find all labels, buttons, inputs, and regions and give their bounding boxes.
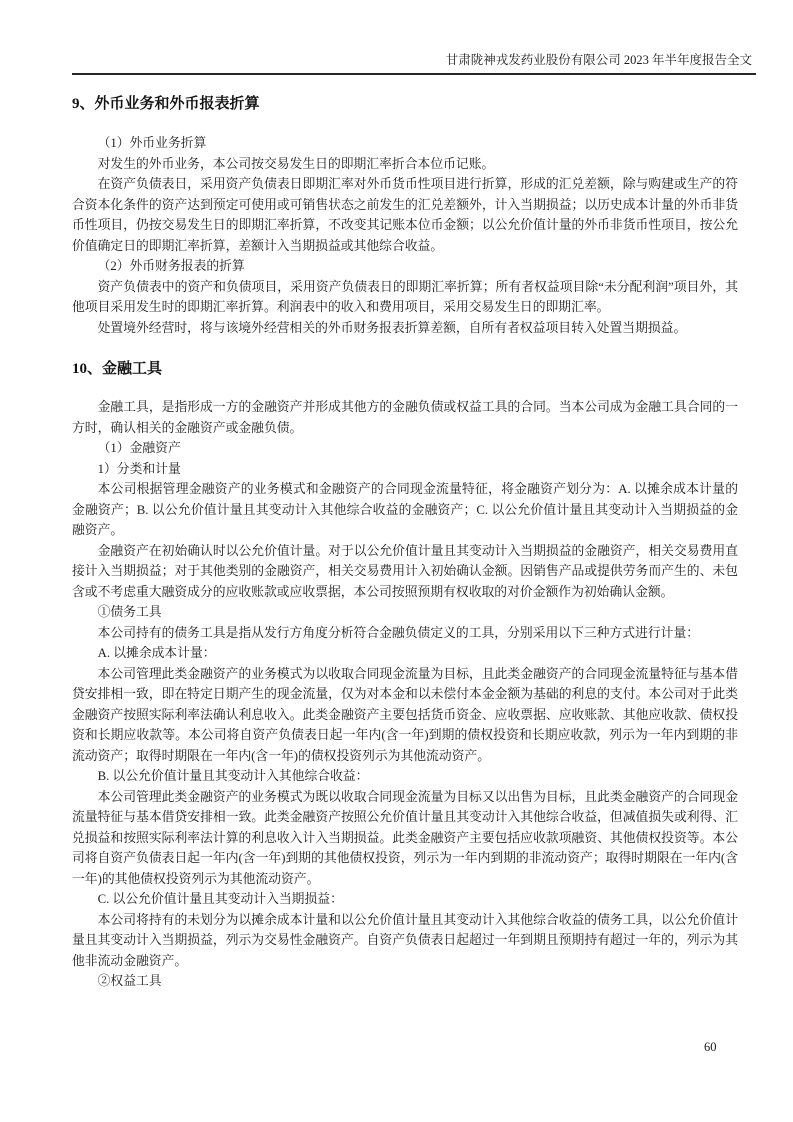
paragraph: ②权益工具 [72,971,738,992]
paragraph: 对发生的外币业务，本公司按交易发生日的即期汇率折合本位币记账。 [72,154,738,175]
paragraph: （2）外币财务报表的折算 [72,256,738,277]
page-number: 60 [704,1040,717,1054]
paragraph: A. 以摊余成本计量： [72,643,738,664]
paragraph: 本公司管理此类金融资产的业务模式为以收取合同现金流量为目标，且此类金融资产的合同… [72,664,738,767]
paragraph: 本公司将持有的未划分为以摊余成本计量和以公允价值计量且其变动计入其他综合收益的债… [72,910,738,972]
paragraph: 本公司根据管理金融资产的业务模式和金融资产的合同现金流量特征，将金融资产划分为：… [72,479,738,541]
paragraph: 处置境外经营时，将与该境外经营相关的外币财务报表折算差额，自所有者权益项目转入处… [72,318,738,339]
paragraph: （1）外币业务折算 [72,133,738,154]
paragraph: ①债务工具 [72,602,738,623]
paragraph: （1）金融资产 [72,438,738,459]
section-10-heading: 10、金融工具 [72,359,738,379]
report-page: 甘肃陇神戎发药业股份有限公司 2023 年半年度报告全文 9、外币业务和外币报表… [0,0,793,1122]
section-9-heading: 9、外币业务和外币报表折算 [72,94,738,114]
paragraph: 资产负债表中的资产和负债项目，采用资产负债表日的即期汇率折算；所有者权益项目除“… [72,277,738,318]
paragraph: 1）分类和计量 [72,459,738,480]
paragraph: 在资产负债表日，采用资产负债表日即期汇率对外币货币性项目进行折算，形成的汇兑差额… [72,174,738,256]
paragraph: 本公司管理此类金融资产的业务模式为既以收取合同现金流量为目标又以出售为目标，且此… [72,787,738,890]
page-content: 9、外币业务和外币报表折算 （1）外币业务折算 对发生的外币业务，本公司按交易发… [72,0,738,992]
paragraph: 金融资产在初始确认时以公允价值计量。对于以公允价值计量且其变动计入当期损益的金融… [72,541,738,603]
paragraph: 本公司持有的债务工具是指从发行方角度分析符合金融负债定义的工具，分别采用以下三种… [72,623,738,644]
paragraph: C. 以公允价值计量且其变动计入当期损益： [72,889,738,910]
paragraph: 金融工具，是指形成一方的金融资产并形成其他方的金融负债或权益工具的合同。当本公司… [72,397,738,438]
paragraph: B. 以公允价值计量且其变动计入其他综合收益： [72,766,738,787]
